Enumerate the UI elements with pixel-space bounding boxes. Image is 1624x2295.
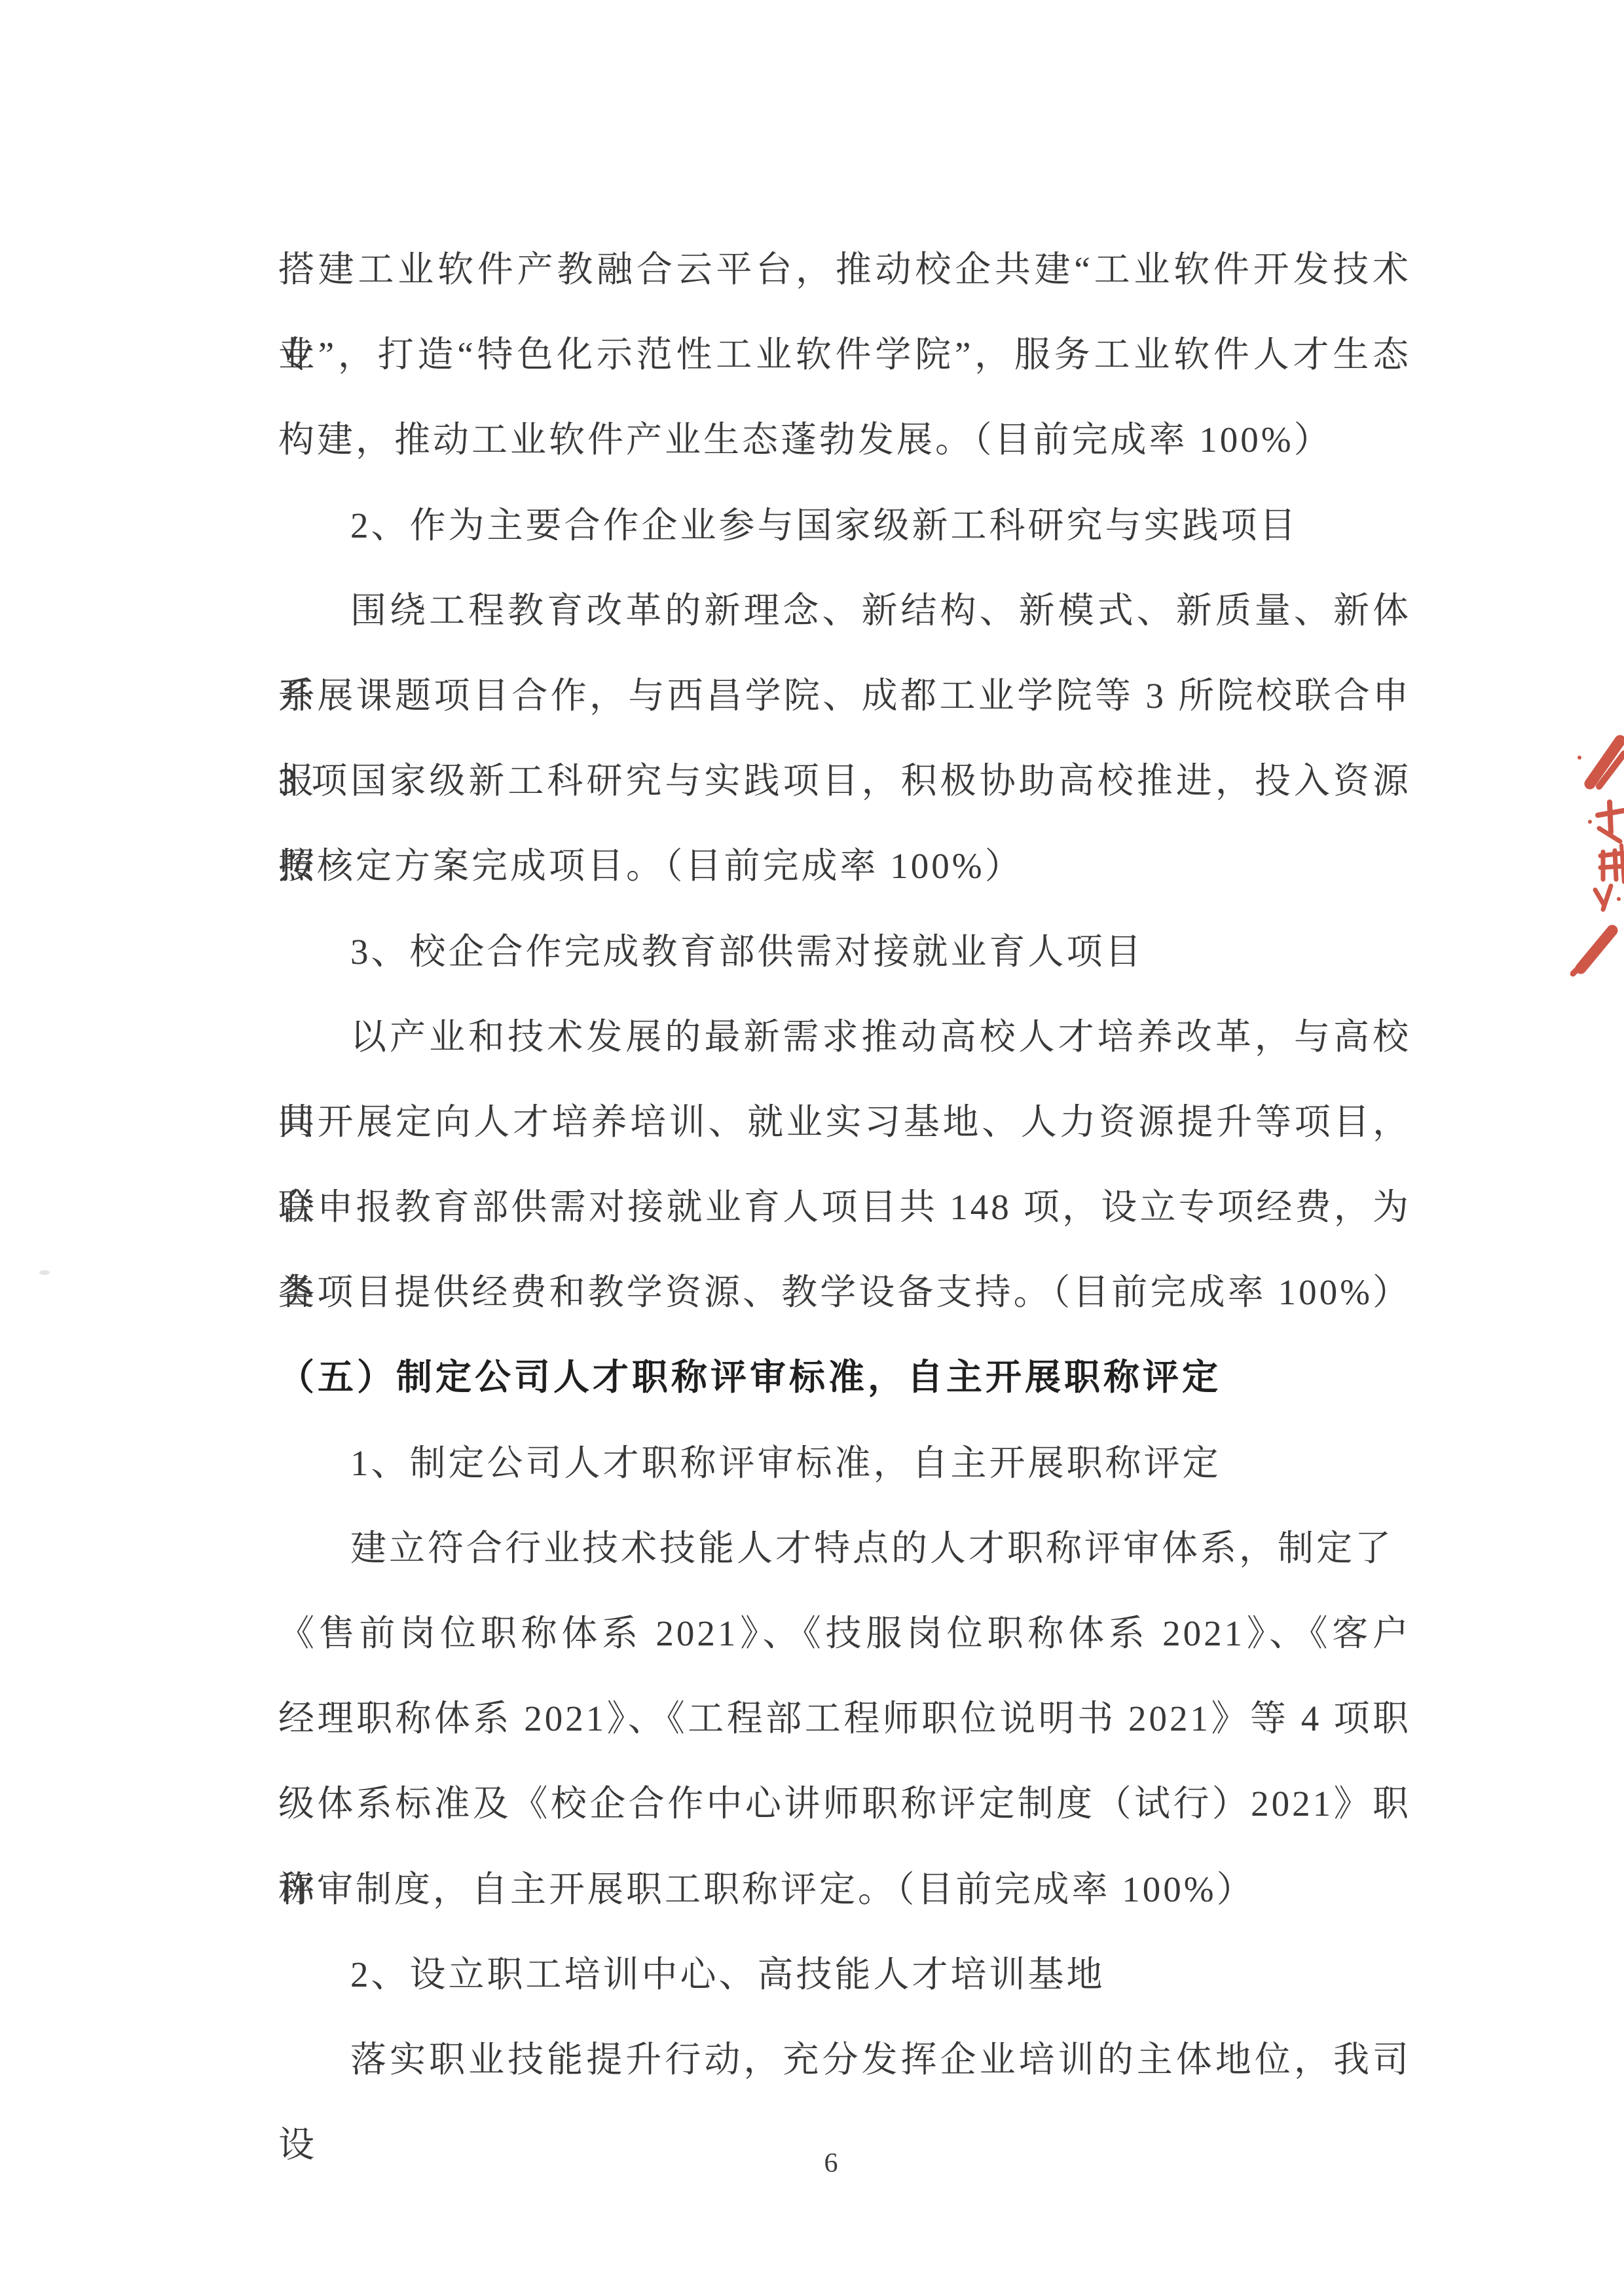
red-stamp-fragment-icon — [1570, 717, 1624, 979]
paragraph-line: 级体系标准及《校企合作中心讲师职称评定制度（试行）2021》职称 — [278, 1761, 1411, 1846]
section-heading: （五）制定公司人才职称评审标准，自主开展职称评定 — [278, 1335, 1411, 1420]
paragraph-line: 开展课题项目合作，与西昌学院、成都工业学院等 3 所院校联合申报 — [278, 653, 1411, 739]
paragraph-line: 构建，推动工业软件产业生态蓬勃发展。（目前完成率 100%） — [278, 397, 1411, 483]
paragraph-line: 经理职称体系 2021》、《工程部工程师职位说明书 2021》等 4 项职 — [278, 1676, 1411, 1761]
paragraph-line: 业”，打造“特色化示范性工业软件学院”，服务工业软件人才生态 — [278, 312, 1411, 397]
paragraph-line: 建立符合行业技术技能人才特点的人才职称评审体系，制定了 — [278, 1506, 1411, 1591]
document-page: 搭建工业软件产教融合云平台，推动校企共建“工业软件开发技术专 业”，打造“特色化… — [0, 0, 1624, 2295]
paragraph-line: 搭建工业软件产教融合云平台，推动校企共建“工业软件开发技术专 — [278, 227, 1411, 312]
paragraph-line: 围绕工程教育改革的新理念、新结构、新模式、新质量、新体系 — [278, 568, 1411, 653]
list-item-heading: 1、制定公司人才职称评审标准，自主开展职称评定 — [278, 1421, 1411, 1506]
list-item-heading: 3、校企合作完成教育部供需对接就业育人项目 — [278, 909, 1411, 995]
body-text: 搭建工业软件产教融合云平台，推动校企共建“工业软件开发技术专 业”，打造“特色化… — [278, 227, 1411, 2102]
paragraph-line: 类项目提供经费和教学资源、教学设备支持。（目前完成率 100%） — [278, 1250, 1411, 1335]
paragraph-line: 照核定方案完成项目。（目前完成率 100%） — [278, 824, 1411, 909]
paragraph-line: 同开展定向人才培养培训、就业实习基地、人力资源提升等项目，联 — [278, 1080, 1411, 1165]
list-item-heading: 2、作为主要合作企业参与国家级新工科研究与实践项目 — [278, 483, 1411, 568]
page-number: 6 — [815, 2150, 847, 2177]
list-item-heading: 2、设立职工培训中心、高技能人才培训基地 — [278, 1932, 1411, 2017]
paragraph-line: 《售前岗位职称体系 2021》、《技服岗位职称体系 2021》、《客户 — [278, 1591, 1411, 1676]
paragraph-line: 合申报教育部供需对接就业育人项目共 148 项，设立专项经费，为各 — [278, 1165, 1411, 1250]
paragraph-line: 落实职业技能提升行动，充分发挥企业培训的主体地位，我司设 — [278, 2017, 1411, 2102]
paragraph-line: 3 项国家级新工科研究与实践项目，积极协助高校推进，投入资源按 — [278, 739, 1411, 824]
scan-speckle — [39, 1270, 50, 1275]
paragraph-line: 评审制度，自主开展职工职称评定。（目前完成率 100%） — [278, 1847, 1411, 1932]
paragraph-line: 以产业和技术发展的最新需求推动高校人才培养改革，与高校共 — [278, 995, 1411, 1080]
